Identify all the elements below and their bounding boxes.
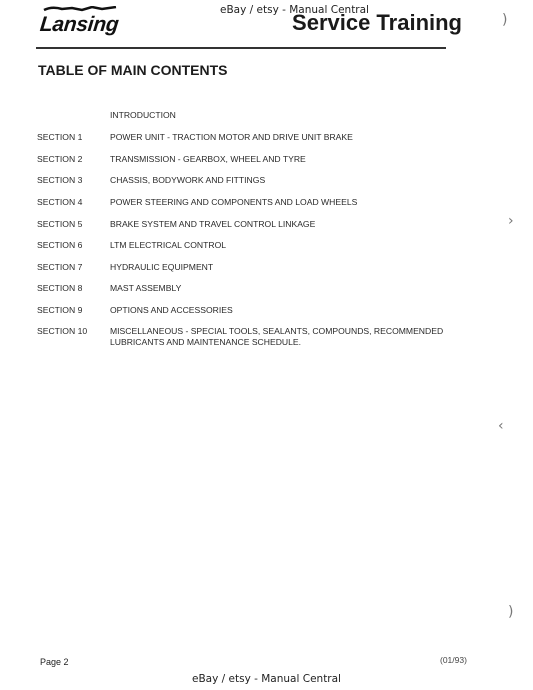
toc-description: MISCELLANEOUS - SPECIAL TOOLS, SEALANTS,… bbox=[110, 326, 450, 348]
toc-section-label: SECTION 1 bbox=[37, 132, 82, 142]
toc-description: INTRODUCTION bbox=[110, 110, 450, 121]
toc-section-label: SECTION 7 bbox=[37, 262, 82, 272]
logo-swoosh-icon bbox=[42, 6, 118, 12]
toc-description: LTM ELECTRICAL CONTROL bbox=[110, 240, 450, 251]
toc-section-label: SECTION 6 bbox=[37, 240, 82, 250]
toc-section-label: SECTION 3 bbox=[37, 175, 82, 185]
toc-description: POWER STEERING AND COMPONENTS AND LOAD W… bbox=[110, 197, 450, 208]
watermark-bottom: eBay / etsy - Manual Central bbox=[0, 673, 533, 685]
scan-mark-icon: ‹ bbox=[498, 418, 504, 434]
toc-section-label: SECTION 2 bbox=[37, 154, 82, 164]
toc-description: OPTIONS AND ACCESSORIES bbox=[110, 305, 450, 316]
toc-section-label: SECTION 4 bbox=[37, 197, 82, 207]
page-title: TABLE OF MAIN CONTENTS bbox=[38, 62, 228, 78]
header-divider bbox=[36, 47, 446, 49]
scan-mark-icon: ) bbox=[502, 12, 507, 28]
toc-section-label: SECTION 5 bbox=[37, 219, 82, 229]
toc-section-label: SECTION 8 bbox=[37, 283, 82, 293]
toc-description: BRAKE SYSTEM AND TRAVEL CONTROL LINKAGE bbox=[110, 219, 450, 230]
toc-description: CHASSIS, BODYWORK AND FITTINGS bbox=[110, 175, 450, 186]
scan-mark-icon: ) bbox=[508, 604, 513, 620]
toc-description: POWER UNIT - TRACTION MOTOR AND DRIVE UN… bbox=[110, 132, 450, 143]
page-number: Page 2 bbox=[40, 657, 69, 667]
scan-mark-icon: › bbox=[508, 213, 514, 229]
toc-description: HYDRAULIC EQUIPMENT bbox=[110, 262, 450, 273]
lansing-logo: Lansing bbox=[38, 3, 128, 39]
toc-description: TRANSMISSION - GEARBOX, WHEEL AND TYRE bbox=[110, 154, 450, 165]
logo-text: Lansing bbox=[39, 13, 120, 37]
toc-description: MAST ASSEMBLY bbox=[110, 283, 450, 294]
toc-section-label: SECTION 9 bbox=[37, 305, 82, 315]
toc-section-label: SECTION 10 bbox=[37, 326, 87, 336]
date-code: (01/93) bbox=[440, 655, 467, 665]
header-title: Service Training bbox=[292, 10, 462, 36]
